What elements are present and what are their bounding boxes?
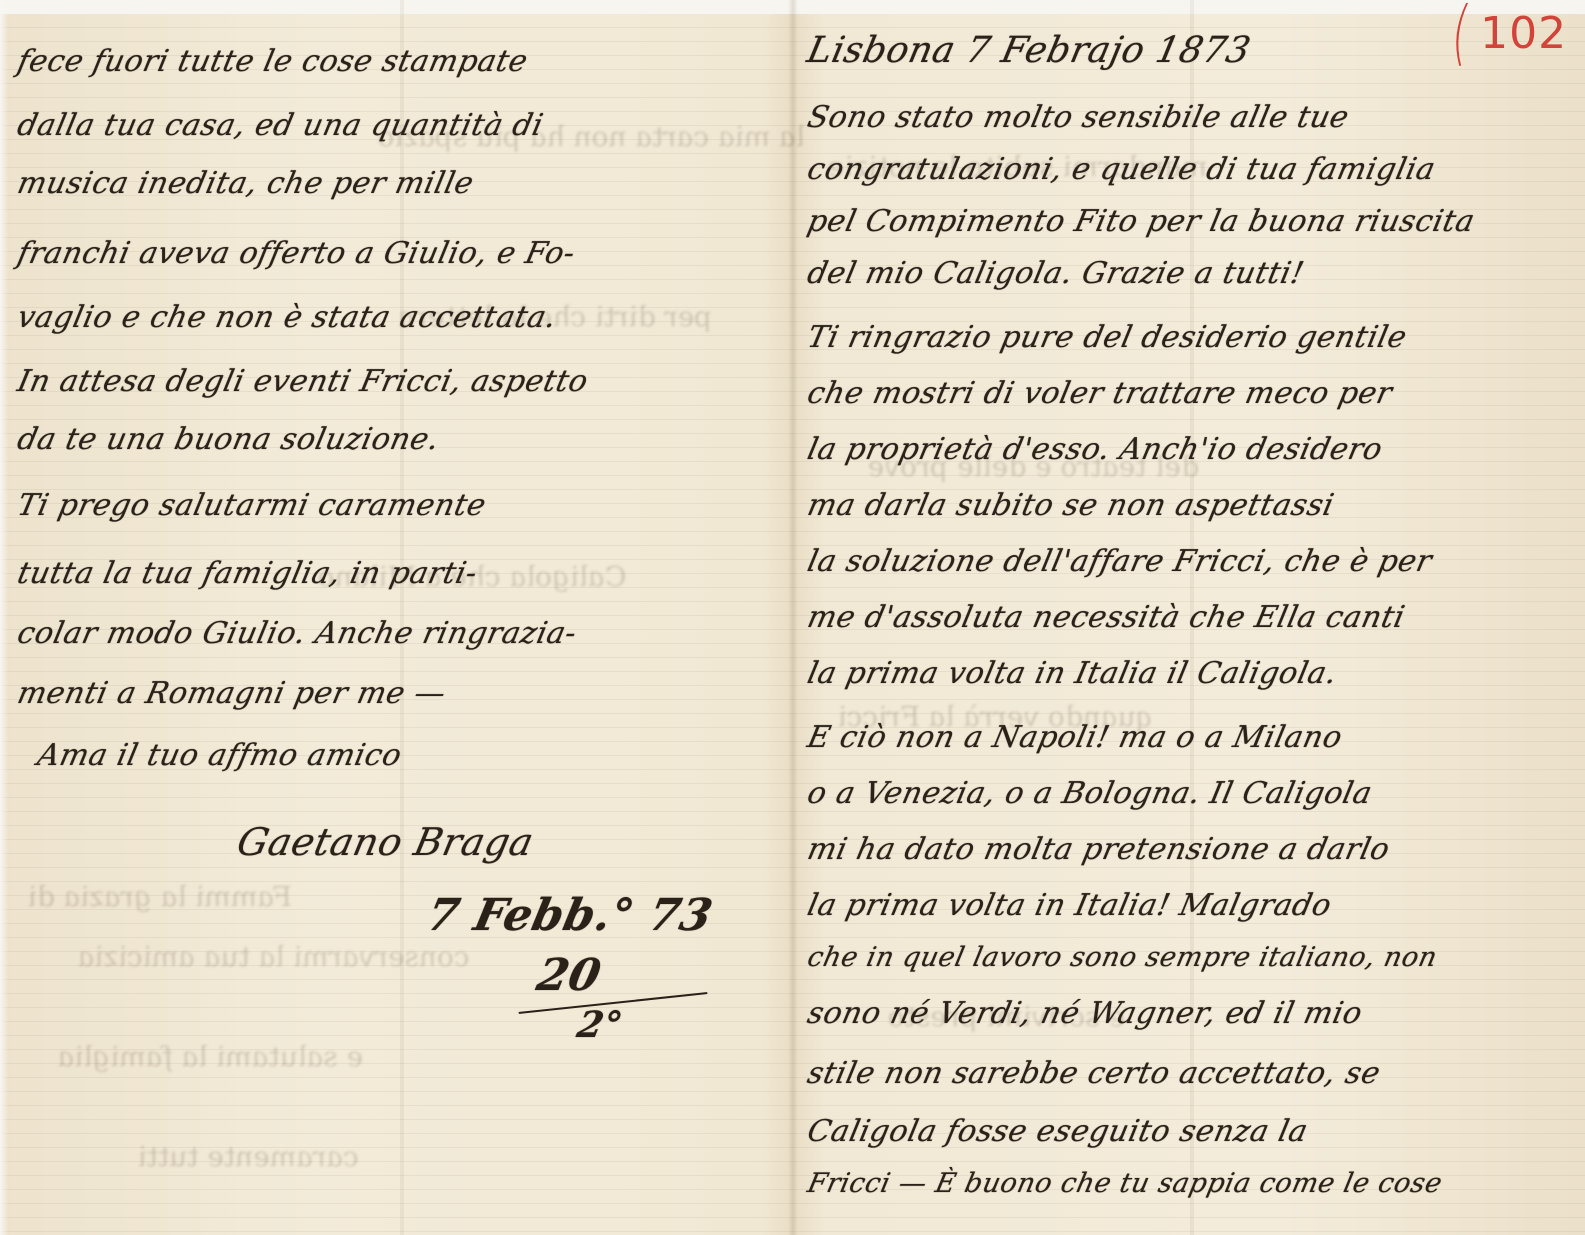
letter-line: congratulazioni, e quelle di tua famigli…: [804, 152, 1438, 187]
letter-line: sono né Verdi, né Wagner, ed il mio: [804, 996, 1365, 1031]
letter-line: Fricci — È buono che tu sappia come le c…: [805, 1168, 1446, 1199]
letter-line: del mio Caligola. Grazie a tutti!: [804, 256, 1307, 291]
letter-line: musica inedita, che per mille: [14, 166, 477, 201]
letter-line: stile non sarebbe certo accettato, se: [804, 1056, 1383, 1091]
letter-line: menti a Romagni per me —: [14, 676, 449, 711]
letter-line: la soluzione dell'affare Fricci, che è p…: [804, 544, 1435, 579]
letter-line: o a Venezia, o a Bologna. Il Caligola: [804, 776, 1375, 811]
letter-line: che in quel lavoro sono sempre italiano,…: [805, 942, 1440, 973]
letter-line: Sono stato molto sensibile alle tue: [804, 100, 1352, 135]
center-fold: [788, 0, 798, 1235]
signature: Gaetano Braga: [233, 820, 537, 864]
letter-line: ma darla subito se non aspettassi: [804, 488, 1337, 523]
bleed-through-text: caramente tutti: [135, 1140, 362, 1173]
archive-page-number: (102: [1452, 8, 1567, 59]
right-page: mandarmi subito le notizie del teatro e …: [808, 0, 1548, 1235]
letter-line: me d'assoluta necessità che Ella canti: [804, 600, 1408, 635]
letter-line: dalla tua casa, ed una quantità di: [14, 108, 546, 143]
letter-line: fece fuori tutte le cose stampate: [14, 44, 531, 79]
letter-line: da te una buona soluzione.: [14, 422, 442, 457]
letter-line: vaglio e che non è stata accettata.: [14, 300, 560, 335]
archive-ref-top: 20: [533, 950, 606, 1001]
letter-line: In attesa degli eventi Fricci, aspetto: [14, 364, 591, 399]
letter-line: Ti ringrazio pure del desiderio gentile: [804, 320, 1410, 355]
scan-left-edge: [0, 0, 8, 1235]
archive-ref-bottom: 2°: [574, 1004, 627, 1046]
left-page: la mia carta non ha più spazio per dirti…: [18, 0, 778, 1235]
letter-closing: Ama il tuo affmo amico: [34, 738, 405, 773]
letter-line: la prima volta in Italia il Caligola.: [804, 656, 1340, 691]
bleed-through-text: conservarmi la tua amicizia: [75, 940, 473, 973]
letter-line: pel Compimento Fito per la buona riuscit…: [804, 204, 1478, 239]
bleed-through-text: e salutami la famiglia: [55, 1040, 366, 1073]
letter-line: Caligola fosse eseguito senza la: [804, 1114, 1311, 1149]
letter-line: colar modo Giulio. Anche ringrazia-: [14, 616, 580, 651]
letter-line: E ciò non a Napoli! ma o a Milano: [804, 720, 1345, 755]
letter-line: la prima volta in Italia! Malgrado: [804, 888, 1334, 923]
archive-page-number-text: 102: [1480, 8, 1567, 59]
letter-line: mi ha dato molta pretensione a darlo: [804, 832, 1393, 867]
letter-line: tutta la tua famiglia, in parti-: [14, 556, 480, 591]
letter-line: franchi aveva offerto a Giulio, e Fo-: [14, 236, 578, 271]
letter-line: Ti prego salutarmi caramente: [14, 488, 489, 523]
letter-heading-date: Lisbona 7 Febrajo 1873: [804, 30, 1255, 71]
archive-date-annotation: 7 Febb.° 73: [423, 890, 718, 941]
bleed-through-text: Fammi la grazia di: [25, 880, 295, 913]
letter-line: la proprietà d'esso. Anch'io desidero: [804, 432, 1385, 467]
letter-line: che mostri di voler trattare meco per: [804, 376, 1395, 411]
letter-spread: la mia carta non ha più spazio per dirti…: [0, 0, 1585, 1235]
